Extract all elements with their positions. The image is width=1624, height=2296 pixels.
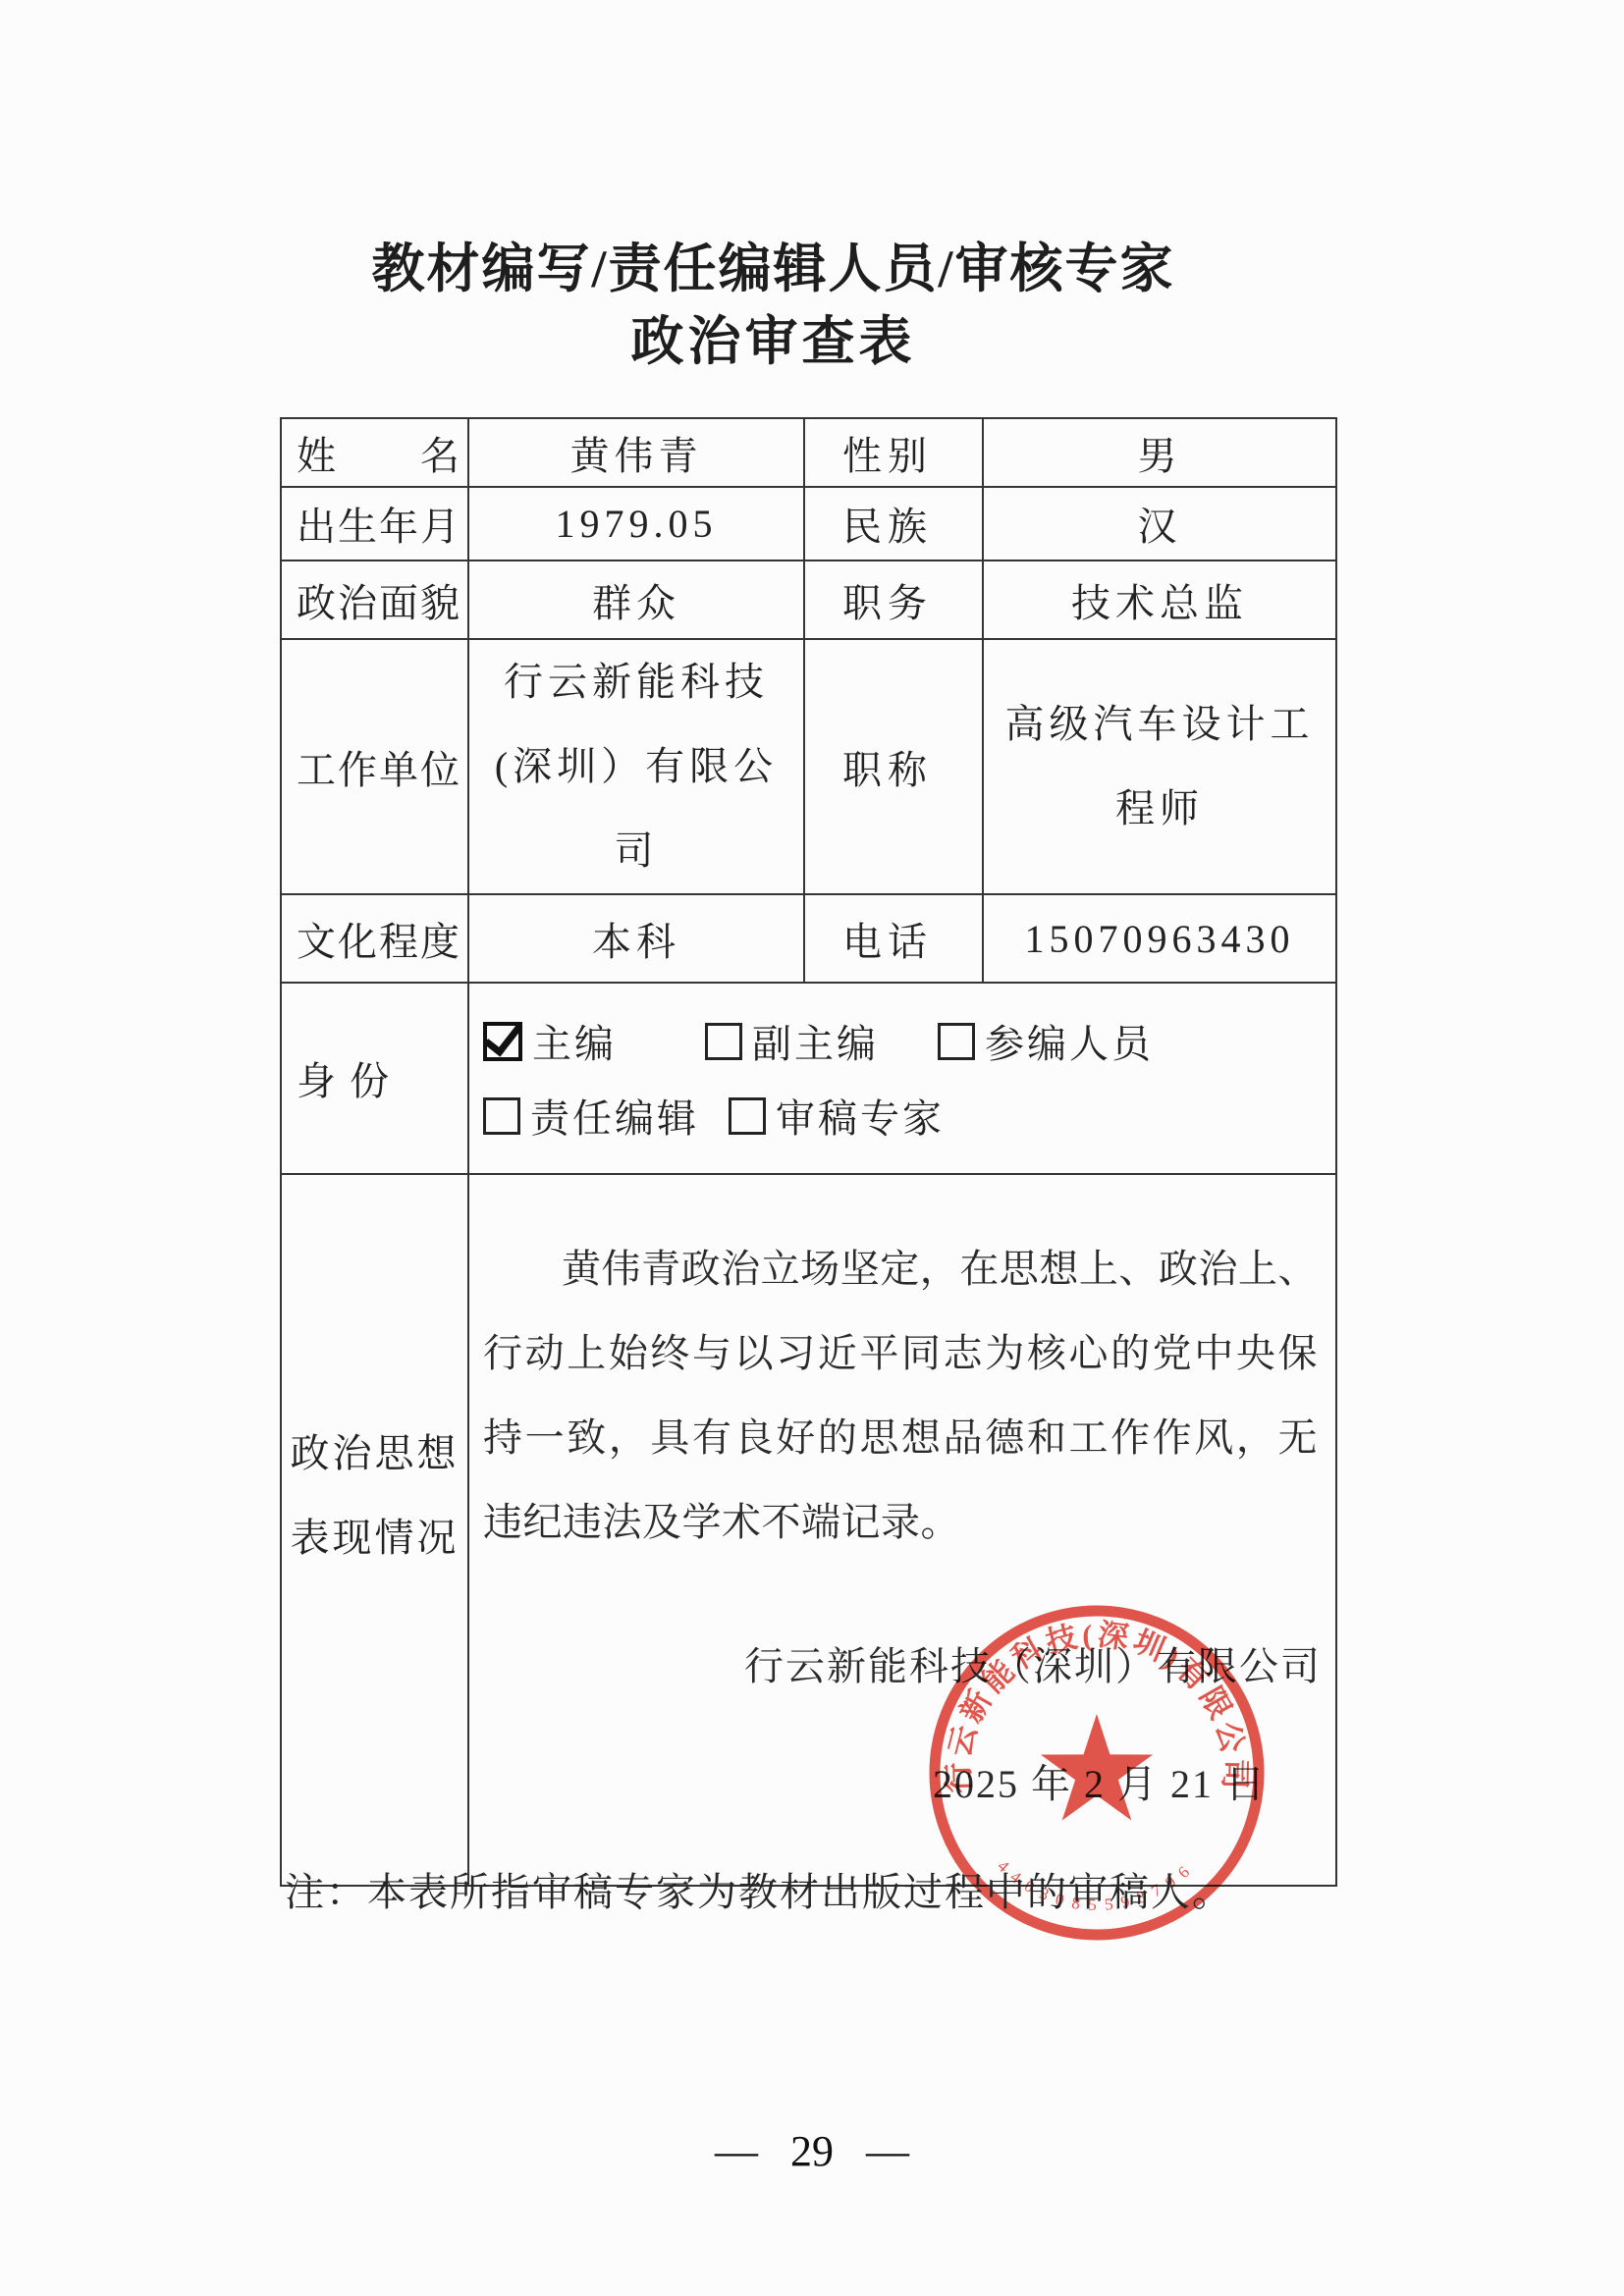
field-label-political-thought: 政治思想 表现情况 [281,1174,468,1886]
option-label: 审稿专家 [776,1088,945,1144]
table-row: 出生年月 1979.05 民族 汉 [281,487,1336,561]
footnote: 注：本表所指审稿专家为教材出版过程中的审稿人。 [285,1861,1233,1917]
field-label-political-status: 政治面貌 [281,561,468,639]
employer-value-text: 行云新能科技(深圳）有限公司 [488,640,785,893]
checkbox-review-expert[interactable] [729,1097,766,1135]
identity-options-cell: 主编 副主编 参编人员 责任编辑 [468,983,1336,1174]
table-row: 姓 名 黄伟青 性别 男 [281,418,1336,487]
table-row: 工作单位 行云新能科技(深圳）有限公司 职称 高级汽车设计工程师 [281,639,1336,894]
field-label-position: 职务 [804,561,983,639]
field-label-ethnicity: 民族 [804,487,983,561]
option-label: 责任编辑 [530,1088,699,1144]
option-label: 主编 [532,1013,617,1069]
option-responsible-editor[interactable]: 责任编辑 [483,1088,699,1144]
option-label: 参编人员 [985,1013,1154,1069]
field-value-education: 本科 [468,894,804,983]
option-review-expert[interactable]: 审稿专家 [729,1088,945,1144]
political-thought-row: 政治思想 表现情况 黄伟青政治立场坚定，在思想上、政治上、行动上始终与以习近平同… [281,1174,1336,1886]
title-line-2: 政治审查表 [245,304,1301,379]
checkbox-chief-editor[interactable] [483,1022,522,1061]
field-value-title: 高级汽车设计工程师 [983,639,1336,894]
field-value-birth: 1979.05 [468,487,804,561]
document-title: 教材编写/责任编辑人员/审核专家 政治审查表 [245,234,1301,379]
political-label-line-2: 表现情况 [282,1496,467,1580]
field-value-ethnicity: 汉 [983,487,1336,561]
review-form-table: 姓 名 黄伟青 性别 男 出生年月 1979.05 民族 汉 政治面貌 群众 职… [280,417,1337,1887]
political-assessment-paragraph: 黄伟青政治立场坚定，在思想上、政治上、行动上始终与以习近平同志为核心的党中央保持… [483,1227,1318,1565]
identity-row: 身份 主编 副主编 参编人员 [281,983,1336,1174]
table-row: 政治面貌 群众 职务 技术总监 [281,561,1336,639]
option-label: 副主编 [752,1013,879,1069]
title-value-text: 高级汽车设计工程师 [998,682,1322,851]
field-value-gender: 男 [983,418,1336,487]
signing-date: 2025 年 2 月 21 日 [933,1753,1267,1809]
field-value-name: 黄伟青 [468,418,804,487]
option-contributor[interactable]: 参编人员 [938,1013,1154,1069]
field-label-phone: 电话 [804,894,983,983]
checkbox-contributor[interactable] [938,1023,975,1060]
option-deputy-editor[interactable]: 副主编 [705,1013,879,1069]
checkbox-responsible-editor[interactable] [483,1097,520,1135]
field-label-employer: 工作单位 [281,639,468,894]
page-number: — 29 — [0,2126,1624,2176]
field-value-employer: 行云新能科技(深圳）有限公司 [468,639,804,894]
field-label-gender: 性别 [804,418,983,487]
field-label-birth: 出生年月 [281,487,468,561]
field-value-position: 技术总监 [983,561,1336,639]
table-row: 文化程度 本科 电话 15070963430 [281,894,1336,983]
option-chief-editor[interactable]: 主编 [483,1013,617,1069]
checkbox-deputy-editor[interactable] [705,1023,742,1060]
field-label-education: 文化程度 [281,894,468,983]
title-line-1: 教材编写/责任编辑人员/审核专家 [245,234,1301,304]
field-value-phone: 15070963430 [983,894,1336,983]
field-label-identity: 身份 [281,983,468,1174]
field-value-political-status: 群众 [468,561,804,639]
field-label-name: 姓 名 [281,418,468,487]
signing-company: 行云新能科技（深圳）有限公司 [744,1635,1322,1691]
field-label-title: 职称 [804,639,983,894]
scanned-form-page: 教材编写/责任编辑人员/审核专家 政治审查表 姓 名 黄伟青 性别 男 出生年月… [0,0,1624,2296]
political-thought-cell: 黄伟青政治立场坚定，在思想上、政治上、行动上始终与以习近平同志为核心的党中央保持… [468,1174,1336,1886]
identity-options-line-1: 主编 副主编 参编人员 [483,1004,1335,1079]
identity-options-line-2: 责任编辑 审稿专家 [483,1079,1335,1153]
political-label-line-1: 政治思想 [282,1412,467,1496]
